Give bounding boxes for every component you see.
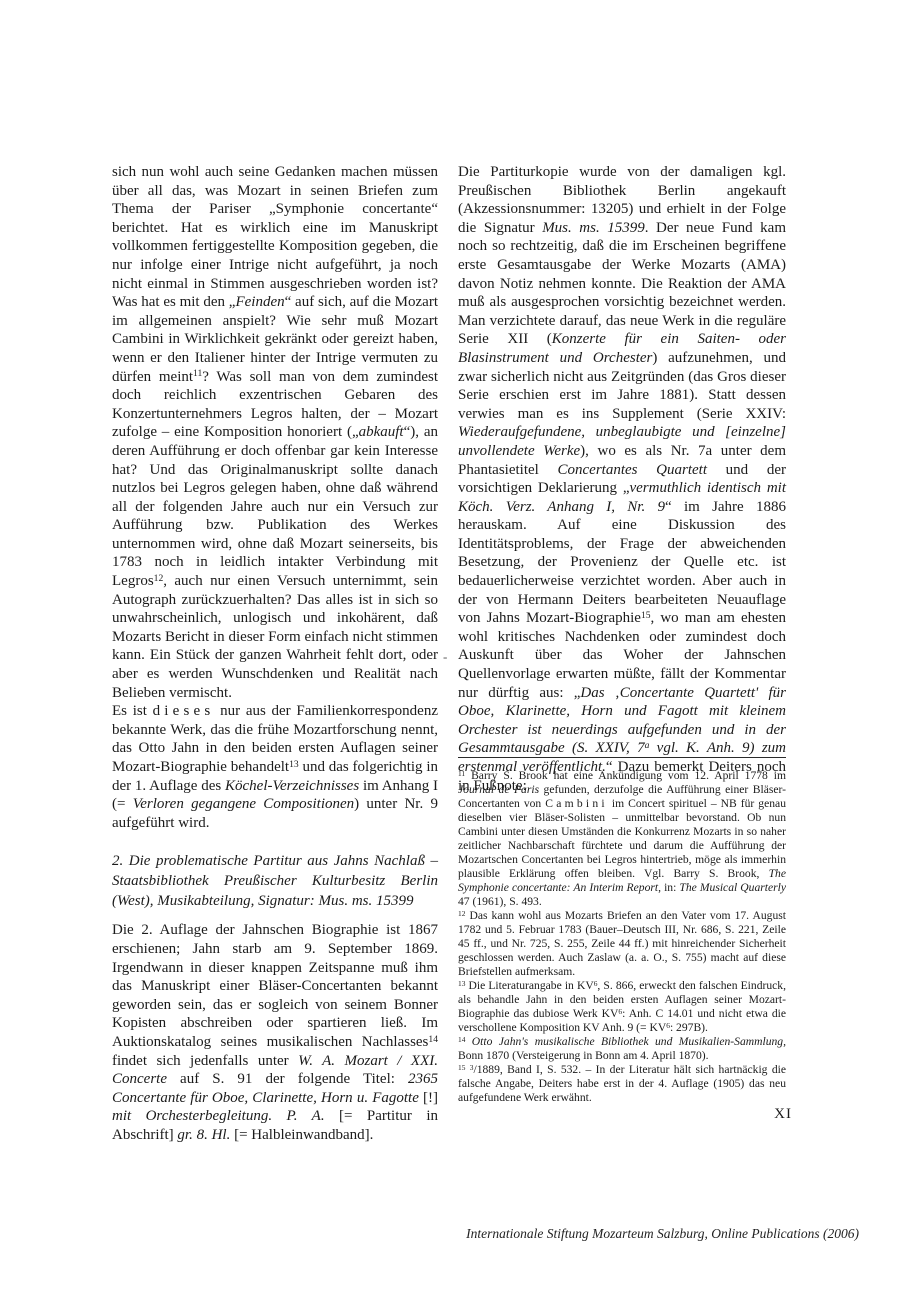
footnote: 14 Otto Jahn's musikalische Bibliothek u… — [458, 1035, 786, 1063]
paragraph: Die 2. Auflage der Jahnschen Biographie … — [112, 921, 438, 1144]
footnote: 11 Barry S. Brook hat eine Ankündigung v… — [458, 769, 786, 909]
footnote: 12 Das kann wohl aus Mozarts Briefen an … — [458, 909, 786, 979]
paragraph: Es ist dieses nur aus der Familienkorres… — [112, 702, 438, 832]
publication-footer: Internationale Stiftung Mozarteum Salzbu… — [466, 1226, 859, 1242]
page-number: XI — [700, 1106, 792, 1123]
footnote: 13 Die Literaturangabe in KV6, S. 866, e… — [458, 979, 786, 1035]
paragraph: Die Partiturkopie wurde von der damalige… — [458, 163, 786, 795]
paragraph: sich nun wohl auch seine Gedanken machen… — [112, 163, 438, 702]
footnotes-section: 11 Barry S. Brook hat eine Ankündigung v… — [458, 757, 786, 1105]
heading: 2. Die problematische Partitur aus Jahns… — [112, 851, 438, 911]
left-text-column: sich nun wohl auch seine Gedanken machen… — [112, 163, 438, 1145]
margin-scan-artifact: - — [443, 649, 447, 665]
footnote: 15 3/1889, Band I, S. 532. – In der Lite… — [458, 1063, 786, 1105]
footnote-separator-rule — [458, 757, 786, 758]
footnotes-list: 11 Barry S. Brook hat eine Ankündigung v… — [458, 769, 786, 1105]
right-text-column: Die Partiturkopie wurde von der damalige… — [458, 163, 786, 795]
